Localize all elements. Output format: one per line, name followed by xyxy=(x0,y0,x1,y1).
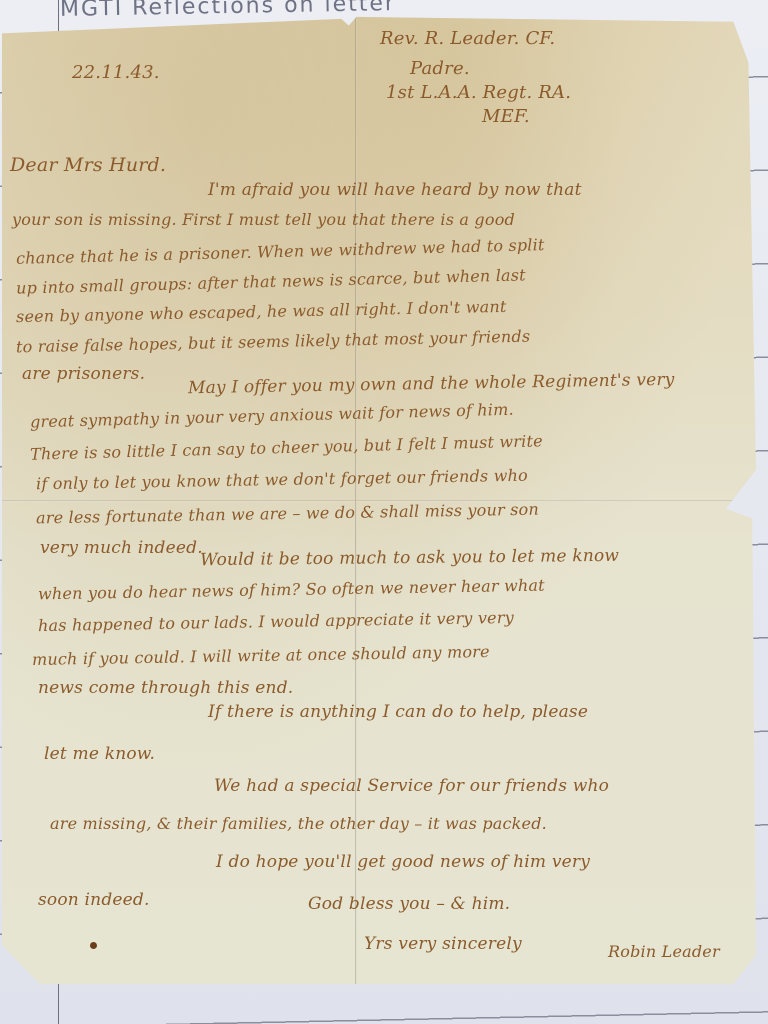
ink-stain-mark xyxy=(90,942,97,949)
body-line: when you do hear news of him? So often w… xyxy=(38,576,545,604)
body-line: May I offer you my own and the whole Reg… xyxy=(188,370,675,398)
body-line: let me know. xyxy=(44,744,155,764)
body-line: great sympathy in your very anxious wait… xyxy=(30,400,514,432)
body-line: Would it be too much to ask you to let m… xyxy=(200,546,619,570)
body-line: I do hope you'll get good news of him ve… xyxy=(216,852,590,872)
signature: Robin Leader xyxy=(608,942,720,961)
body-line: are missing, & their families, the other… xyxy=(50,814,547,833)
body-line: seen by anyone who escaped, he was all r… xyxy=(16,297,507,326)
sender-unit: 1st L.A.A. Regt. RA. xyxy=(386,82,571,103)
body-line: If there is anything I can do to help, p… xyxy=(208,702,588,722)
handwritten-letter: 22.11.43. Rev. R. Leader. CF. Padre. 1st… xyxy=(2,14,756,984)
body-line: much if you could. I will write at once … xyxy=(32,642,490,669)
body-line: has happened to our lads. I would apprec… xyxy=(38,608,514,635)
body-line: We had a special Service for our friends… xyxy=(214,776,609,796)
body-line: I'm afraid you will have heard by now th… xyxy=(208,180,582,200)
sender-name: Rev. R. Leader. CF. xyxy=(380,28,555,49)
body-line: are less fortunate than we are – we do &… xyxy=(36,500,539,528)
vertical-fold-crease xyxy=(355,14,357,984)
closing-phrase: Yrs very sincerely xyxy=(364,934,522,954)
body-line: There is so little I can say to cheer yo… xyxy=(30,431,543,463)
sender-title: Padre. xyxy=(410,58,470,79)
body-line: very much indeed. xyxy=(40,538,203,558)
body-line: soon indeed. xyxy=(38,890,150,910)
sender-location: MEF. xyxy=(482,106,530,127)
closing-blessing: God bless you – & him. xyxy=(308,894,510,914)
body-line: to raise false hopes, but it seems likel… xyxy=(16,327,531,357)
body-line: if only to let you know that we don't fo… xyxy=(36,466,528,494)
body-line: are prisoners. xyxy=(22,364,145,384)
body-line: your son is missing. First I must tell y… xyxy=(12,210,515,229)
letter-date: 22.11.43. xyxy=(72,62,160,83)
salutation: Dear Mrs Hurd. xyxy=(10,154,166,176)
body-line: up into small groups: after that news is… xyxy=(16,265,526,297)
body-line: chance that he is a prisoner. When we wi… xyxy=(16,235,545,268)
body-line: news come through this end. xyxy=(38,678,293,698)
